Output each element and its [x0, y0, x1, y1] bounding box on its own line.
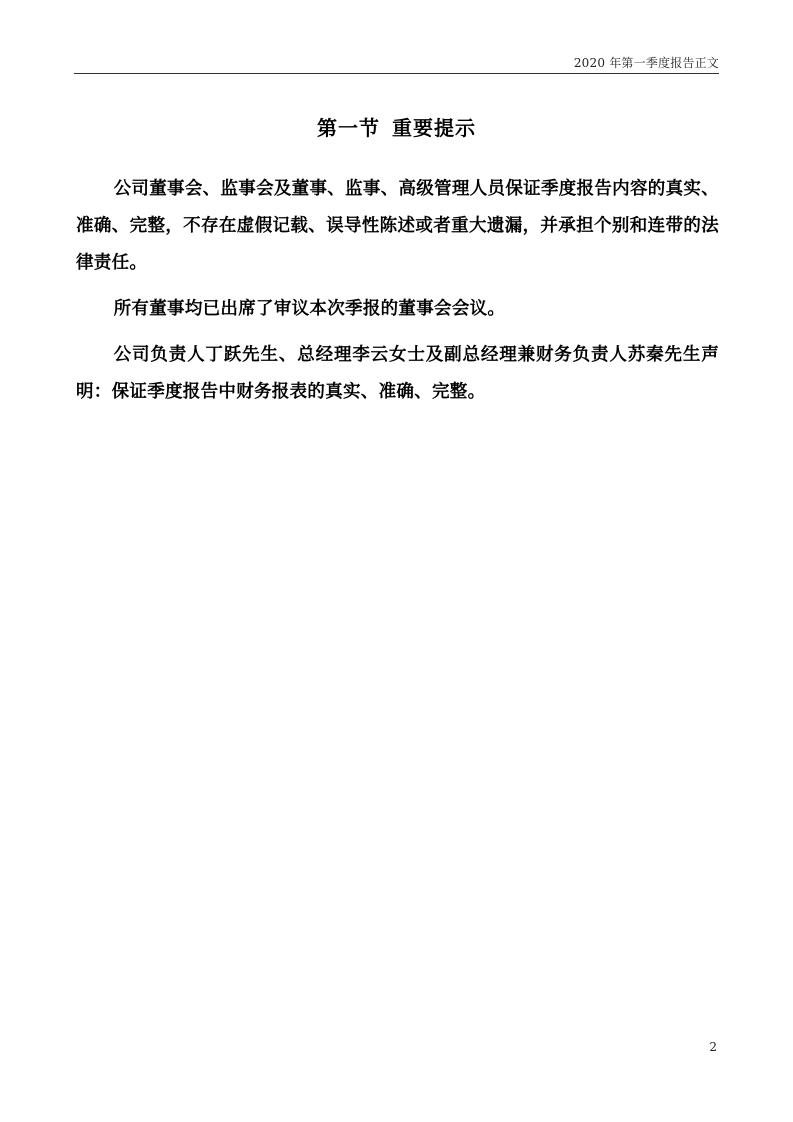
page-number: 2: [709, 1040, 717, 1054]
running-header: 2020 年第一季度报告正文: [574, 54, 719, 71]
section-title: 第一节重要提示: [0, 112, 793, 141]
section-number: 第一节: [317, 116, 380, 140]
section-heading: 重要提示: [392, 116, 476, 140]
document-body: 公司董事会、监事会及董事、监事、高级管理人员保证季度报告内容的真实、准确、完整，…: [76, 171, 719, 420]
paragraph-financial-declaration: 公司负责人丁跃先生、总经理李云女士及副总经理兼财务负责人苏秦先生声明：保证季度报…: [76, 337, 719, 411]
paragraph-board-attendance: 所有董事均已出席了审议本次季报的董事会会议。: [76, 291, 719, 328]
header-divider: [74, 73, 719, 74]
paragraph-responsibility-statement: 公司董事会、监事会及董事、监事、高级管理人员保证季度报告内容的真实、准确、完整，…: [76, 171, 719, 282]
